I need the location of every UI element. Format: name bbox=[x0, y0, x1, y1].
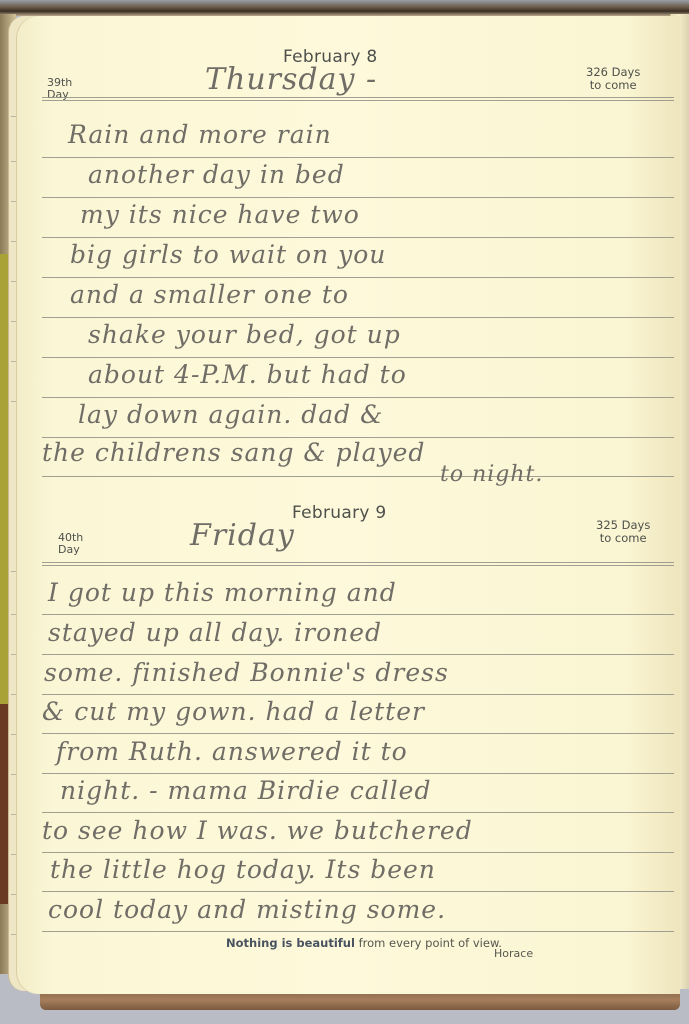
ruled-line bbox=[42, 852, 674, 853]
handwritten-line: from Ruth. answered it to bbox=[56, 737, 408, 766]
handwritten-line: Rain and more rain bbox=[68, 120, 332, 149]
ruled-line bbox=[42, 357, 674, 358]
ruled-line bbox=[42, 773, 674, 774]
handwritten-weekday: Thursday - bbox=[205, 62, 377, 97]
printed-quote: Nothing is beautiful from every point of… bbox=[226, 936, 502, 950]
ruled-line bbox=[42, 812, 674, 813]
ruled-line bbox=[42, 157, 674, 158]
handwritten-line: to night. bbox=[440, 462, 543, 487]
days-left-label: to come bbox=[596, 532, 650, 545]
handwritten-line: cool today and misting some. bbox=[48, 895, 446, 924]
days-remaining: 326 Days to come bbox=[586, 66, 640, 92]
handwritten-line: shake your bed, got up bbox=[88, 320, 401, 349]
quote-emphasis: Nothing is beautiful bbox=[226, 936, 355, 950]
handwritten-line: to see how I was. we butchered bbox=[42, 816, 473, 845]
book-cover-top-edge bbox=[0, 0, 689, 16]
header-rule bbox=[42, 565, 674, 566]
header-rule bbox=[42, 97, 674, 98]
ruled-line bbox=[42, 277, 674, 278]
ruled-line bbox=[42, 397, 674, 398]
ruled-line bbox=[42, 654, 674, 655]
day-of-year: 40th Day bbox=[58, 532, 83, 556]
handwritten-line: the little hog today. Its been bbox=[50, 855, 436, 884]
handwritten-line: I got up this morning and bbox=[48, 578, 397, 607]
days-left-label: to come bbox=[586, 79, 640, 92]
quote-author: Horace bbox=[494, 947, 533, 960]
ruled-line bbox=[42, 733, 674, 734]
ruled-line bbox=[42, 317, 674, 318]
handwritten-line: the childrens sang & played bbox=[42, 438, 425, 467]
day-label: Day bbox=[58, 544, 83, 556]
ruled-line bbox=[42, 891, 674, 892]
header-rule bbox=[42, 100, 674, 101]
handwritten-line: some. finished Bonnie's dress bbox=[44, 658, 449, 687]
handwritten-line: night. - mama Birdie called bbox=[60, 776, 431, 805]
quote-text: from every point of view. bbox=[355, 936, 502, 950]
header-rule bbox=[42, 562, 674, 563]
ruled-line bbox=[42, 614, 674, 615]
handwritten-line: lay down again. dad & bbox=[78, 400, 383, 429]
handwritten-line: big girls to wait on you bbox=[70, 240, 386, 269]
handwritten-line: my its nice have two bbox=[80, 200, 360, 229]
handwritten-weekday: Friday bbox=[190, 518, 295, 553]
handwritten-line: and a smaller one to bbox=[70, 280, 349, 309]
handwritten-line: & cut my gown. had a letter bbox=[42, 697, 425, 726]
ruled-line bbox=[42, 237, 674, 238]
handwritten-line: another day in bed bbox=[88, 160, 345, 189]
ruled-line bbox=[42, 476, 674, 477]
ruled-line bbox=[42, 931, 674, 932]
ruled-line bbox=[42, 197, 674, 198]
entry-date: February 9 bbox=[292, 503, 387, 523]
handwritten-line: stayed up all day. ironed bbox=[48, 618, 382, 647]
ruled-line bbox=[42, 694, 674, 695]
handwritten-line: about 4-P.M. but had to bbox=[88, 360, 407, 389]
days-remaining: 325 Days to come bbox=[596, 519, 650, 545]
